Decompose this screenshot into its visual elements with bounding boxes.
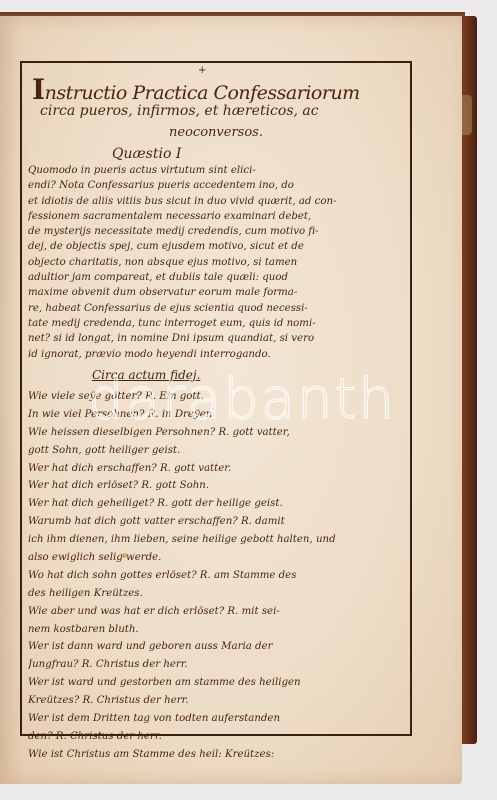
catechism-line: In wie viel Persohnen? R. in Dreÿen bbox=[28, 406, 408, 424]
title-text: nstructio Practica Confessariorum bbox=[45, 82, 360, 104]
catechism-line: Wie heissen dieselbigen Persohnen? R. go… bbox=[28, 424, 408, 442]
catechism-line: gott Sohn, gott heiliger geist. bbox=[28, 442, 408, 460]
catechism-line: den? R. Christus der herr. bbox=[28, 728, 408, 746]
body-line: endi? Nota Confessarius pueris accedente… bbox=[28, 178, 408, 193]
catechism-line: Wer ist ward und gestorben am stamme des… bbox=[28, 674, 408, 692]
catechism-line: Wer hat dich erschaffen? R. gott vatter. bbox=[28, 460, 408, 478]
sub-heading: Circa actum fidej. bbox=[92, 368, 200, 382]
body-line: Quomodo in pueris actus virtutum sint el… bbox=[28, 163, 408, 178]
catechism-line: Wie aber und was hat er dich erlöset? R.… bbox=[28, 603, 408, 621]
catechism-line: Wo hat dich sohn gottes erlöset? R. am S… bbox=[28, 567, 408, 585]
body-line: et idiotis de aliis vitiis bus sicut in … bbox=[28, 194, 408, 209]
body-line: maxime obvenit dum observatur eorum male… bbox=[28, 285, 408, 300]
body-line: id ignorat, prævio modo heyendi interrog… bbox=[28, 347, 408, 362]
ink-stain bbox=[122, 553, 127, 558]
catechism-line: Warumb hat dich gott vatter erschaffen? … bbox=[28, 513, 408, 531]
body-line: fessionem sacramentalem necessario exami… bbox=[28, 209, 408, 224]
catechism-line: Wie viele seÿe götter? R. Ein gott. bbox=[28, 388, 408, 406]
catechism-line: Wie ist Christus am Stamme des heil: Kre… bbox=[28, 746, 408, 764]
catechism-line: Wer hat dich geheiliget? R. gott der hei… bbox=[28, 495, 408, 513]
page-subtitle: circa pueros, infirmos, et hæreticos, ac bbox=[40, 103, 400, 119]
page-subtitle-continued: neoconversos. bbox=[22, 125, 410, 140]
catechism-line: Wer ist dann ward und geboren auss Maria… bbox=[28, 638, 408, 656]
body-line: objecto charitatis, non absque ejus moti… bbox=[28, 255, 408, 270]
body-line: dej, de objectis spej, cum ejusdem motiv… bbox=[28, 239, 408, 254]
page-title: Instructio Practica Confessariorum bbox=[32, 73, 408, 106]
body-line: re, habeat Confessarius de ejus scientia… bbox=[28, 301, 408, 316]
catechism-line: Wer ist dem Dritten tag von todten aufer… bbox=[28, 710, 408, 728]
catechism-line: Kreützes? R. Christus der herr. bbox=[28, 692, 408, 710]
catechism-line: des heiligen Kreützes. bbox=[28, 585, 408, 603]
body-line: tate medij credenda, tunc interroget eum… bbox=[28, 316, 408, 331]
catechism-line: also ewiglich selig werde. bbox=[28, 549, 408, 567]
body-line: net? si id longat, in nomine Dni ipsum q… bbox=[28, 331, 408, 346]
catechism-line: ich ihm dienen, ihm lieben, seine heilig… bbox=[28, 531, 408, 549]
body-paragraph: Quomodo in pueris actus virtutum sint el… bbox=[28, 163, 408, 362]
body-line: adultior jam compareat, et dubiis tale q… bbox=[28, 270, 408, 285]
catechism-line: Jungfrau? R. Christus der herr. bbox=[28, 656, 408, 674]
section-heading: Quæstio I bbox=[112, 146, 181, 162]
catechism-dialogue: Wie viele seÿe götter? R. Ein gott. In w… bbox=[28, 388, 408, 764]
catechism-line: nem kostbaren bluth. bbox=[28, 621, 408, 639]
manuscript-page: + Instructio Practica Confessariorum cir… bbox=[0, 16, 462, 784]
body-line: de mysterijs necessitate medij credendis… bbox=[28, 224, 408, 239]
title-dropcap: I bbox=[32, 73, 45, 106]
catechism-line: Wer hat dich erlöset? R. gott Sohn. bbox=[28, 477, 408, 495]
text-frame-border: Instructio Practica Confessariorum circa… bbox=[20, 61, 412, 736]
